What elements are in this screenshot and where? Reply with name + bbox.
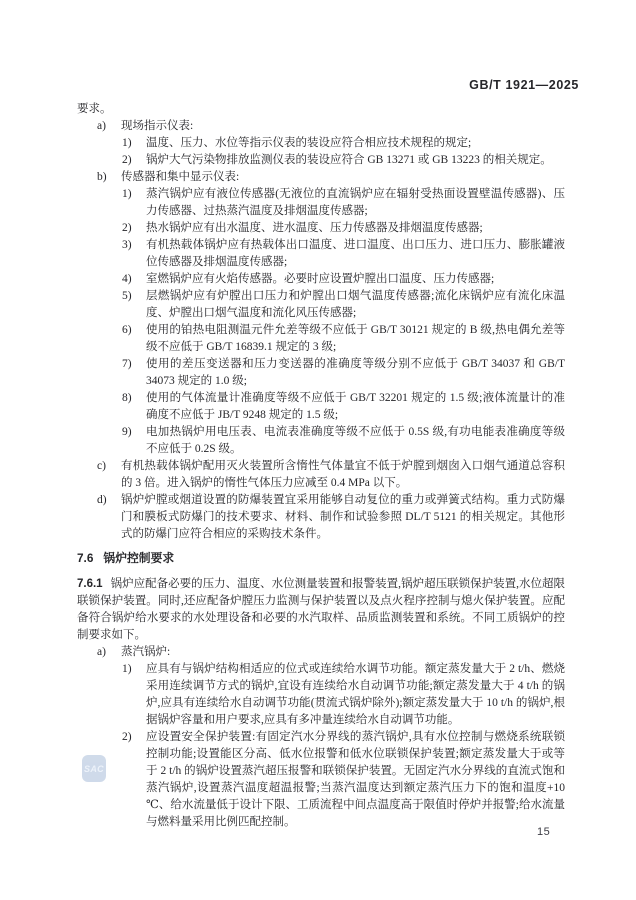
item-label: b) — [97, 169, 121, 186]
list-item: b) 传感器和集中显示仪表: — [97, 169, 565, 186]
list-item: 2) 热水锅炉应有出水温度、进水温度、压力传感器及排烟温度传感器; — [122, 220, 565, 237]
clause-paragraph: 7.6.1锅炉应配备必要的压力、温度、水位测量装置和报警装置,锅炉超压联锁保护装… — [77, 576, 565, 644]
clause-text: 锅炉应配备必要的压力、温度、水位测量装置和报警装置,锅炉超压联锁保护装置,水位超… — [77, 578, 565, 641]
list-item: d) 锅炉炉膛或烟道设置的防爆装置宜采用能够自动复位的重力或弹簧式结构。重力式防… — [97, 492, 565, 543]
item-text: 蒸汽锅炉应有液位传感器(无液位的直流锅炉应在辐射受热面设置壁温传感器)、压力传感… — [146, 186, 565, 220]
item-label: 1) — [122, 135, 146, 152]
item-text: 传感器和集中显示仪表: — [121, 169, 565, 186]
item-text: 锅炉大气污染物排放监测仪表的装设应符合 GB 13271 或 GB 13223 … — [146, 152, 565, 169]
clause-number: 7.6.1 — [77, 578, 103, 590]
list-item: 9) 电加热锅炉用电压表、电流表准确度等级不应低于 0.5S 级,有功电能表准确… — [122, 424, 565, 458]
item-label: 9) — [122, 424, 146, 441]
list-item: 7) 使用的差压变送器和压力变送器的准确度等级分别不应低于 GB/T 34037… — [122, 356, 565, 390]
item-text: 热水锅炉应有出水温度、进水温度、压力传感器及排烟温度传感器; — [146, 220, 565, 237]
item-label: 2) — [122, 220, 146, 237]
item-label: 6) — [122, 322, 146, 339]
item-text: 使用的差压变送器和压力变送器的准确度等级分别不应低于 GB/T 34037 和 … — [146, 356, 565, 390]
page-number: 15 — [537, 826, 550, 838]
item-text: 使用的铂热电阻测温元件允差等级不应低于 GB/T 30121 规定的 B 级,热… — [146, 322, 565, 356]
item-text: 温度、压力、水位等指示仪表的装设应符合相应技术规程的规定; — [146, 135, 565, 152]
intro-paragraph: 要求。 — [77, 101, 565, 118]
list-item: 1) 蒸汽锅炉应有液位传感器(无液位的直流锅炉应在辐射受热面设置壁温传感器)、压… — [122, 186, 565, 220]
item-text: 应设置安全保护装置:有固定汽水分界线的蒸汽锅炉,具有水位控制与燃烧系统联锁控制功… — [146, 729, 565, 831]
item-label: d) — [97, 492, 121, 509]
document-body: 要求。 a) 现场指示仪表: 1) 温度、压力、水位等指示仪表的装设应符合相应技… — [77, 101, 565, 831]
item-label: a) — [97, 644, 121, 661]
section-number: 7.6 — [77, 551, 93, 565]
item-label: 1) — [122, 186, 146, 203]
section-title: 锅炉控制要求 — [103, 551, 174, 565]
item-label: 2) — [122, 729, 146, 746]
list-item: 4) 室燃锅炉应有火焰传感器。必要时应设置炉膛出口温度、压力传感器; — [122, 271, 565, 288]
sac-watermark-logo: SAC — [82, 755, 106, 782]
item-label: 2) — [122, 152, 146, 169]
list-item: a) 现场指示仪表: — [97, 118, 565, 135]
section-heading: 7.6锅炉控制要求 — [77, 550, 565, 567]
item-label: c) — [97, 458, 121, 475]
list-item: 3) 有机热载体锅炉应有热载体出口温度、进口温度、出口压力、进口压力、膨胀罐液位… — [122, 237, 565, 271]
item-label: 7) — [122, 356, 146, 373]
item-label: 3) — [122, 237, 146, 254]
list-item: 2) 锅炉大气污染物排放监测仪表的装设应符合 GB 13271 或 GB 132… — [122, 152, 565, 169]
list-item: 6) 使用的铂热电阻测温元件允差等级不应低于 GB/T 30121 规定的 B … — [122, 322, 565, 356]
item-label: a) — [97, 118, 121, 135]
item-text: 层燃锅炉应有炉膛出口压力和炉膛出口烟气温度传感器;流化床锅炉应有流化床温度、炉膛… — [146, 288, 565, 322]
item-text: 应具有与锅炉结构相适应的位式或连续给水调节功能。额定蒸发量大于 2 t/h、燃烧… — [146, 661, 565, 729]
item-label: 8) — [122, 390, 146, 407]
item-text: 电加热锅炉用电压表、电流表准确度等级不应低于 0.5S 级,有功电能表准确度等级… — [146, 424, 565, 458]
item-text: 锅炉炉膛或烟道设置的防爆装置宜采用能够自动复位的重力或弹簧式结构。重力式防爆门和… — [121, 492, 565, 543]
list-item: 5) 层燃锅炉应有炉膛出口压力和炉膛出口烟气温度传感器;流化床锅炉应有流化床温度… — [122, 288, 565, 322]
item-label: 4) — [122, 271, 146, 288]
item-text: 蒸汽锅炉: — [121, 644, 565, 661]
item-text: 有机热载体锅炉配用灭火装置所含惰性气体量宜不低于炉膛到烟囱入口烟气通道总容积的 … — [121, 458, 565, 492]
item-text: 有机热载体锅炉应有热载体出口温度、进口温度、出口压力、进口压力、膨胀罐液位传感器… — [146, 237, 565, 271]
list-item: 1) 温度、压力、水位等指示仪表的装设应符合相应技术规程的规定; — [122, 135, 565, 152]
item-text: 使用的气体流量计准确度等级不应低于 GB/T 32201 规定的 1.5 级;液… — [146, 390, 565, 424]
item-text: 现场指示仪表: — [121, 118, 565, 135]
standard-number-header: GB/T 1921—2025 — [469, 78, 579, 92]
item-label: 1) — [122, 661, 146, 678]
list-item: c) 有机热载体锅炉配用灭火装置所含惰性气体量宜不低于炉膛到烟囱入口烟气通道总容… — [97, 458, 565, 492]
list-item: 8) 使用的气体流量计准确度等级不应低于 GB/T 32201 规定的 1.5 … — [122, 390, 565, 424]
document-page: { "page": { "header": "GB/T 1921—2025", … — [0, 0, 636, 900]
list-item: a) 蒸汽锅炉: — [97, 644, 565, 661]
list-item: 1) 应具有与锅炉结构相适应的位式或连续给水调节功能。额定蒸发量大于 2 t/h… — [122, 661, 565, 729]
list-item: 2) 应设置安全保护装置:有固定汽水分界线的蒸汽锅炉,具有水位控制与燃烧系统联锁… — [122, 729, 565, 831]
item-text: 室燃锅炉应有火焰传感器。必要时应设置炉膛出口温度、压力传感器; — [146, 271, 565, 288]
item-label: 5) — [122, 288, 146, 305]
